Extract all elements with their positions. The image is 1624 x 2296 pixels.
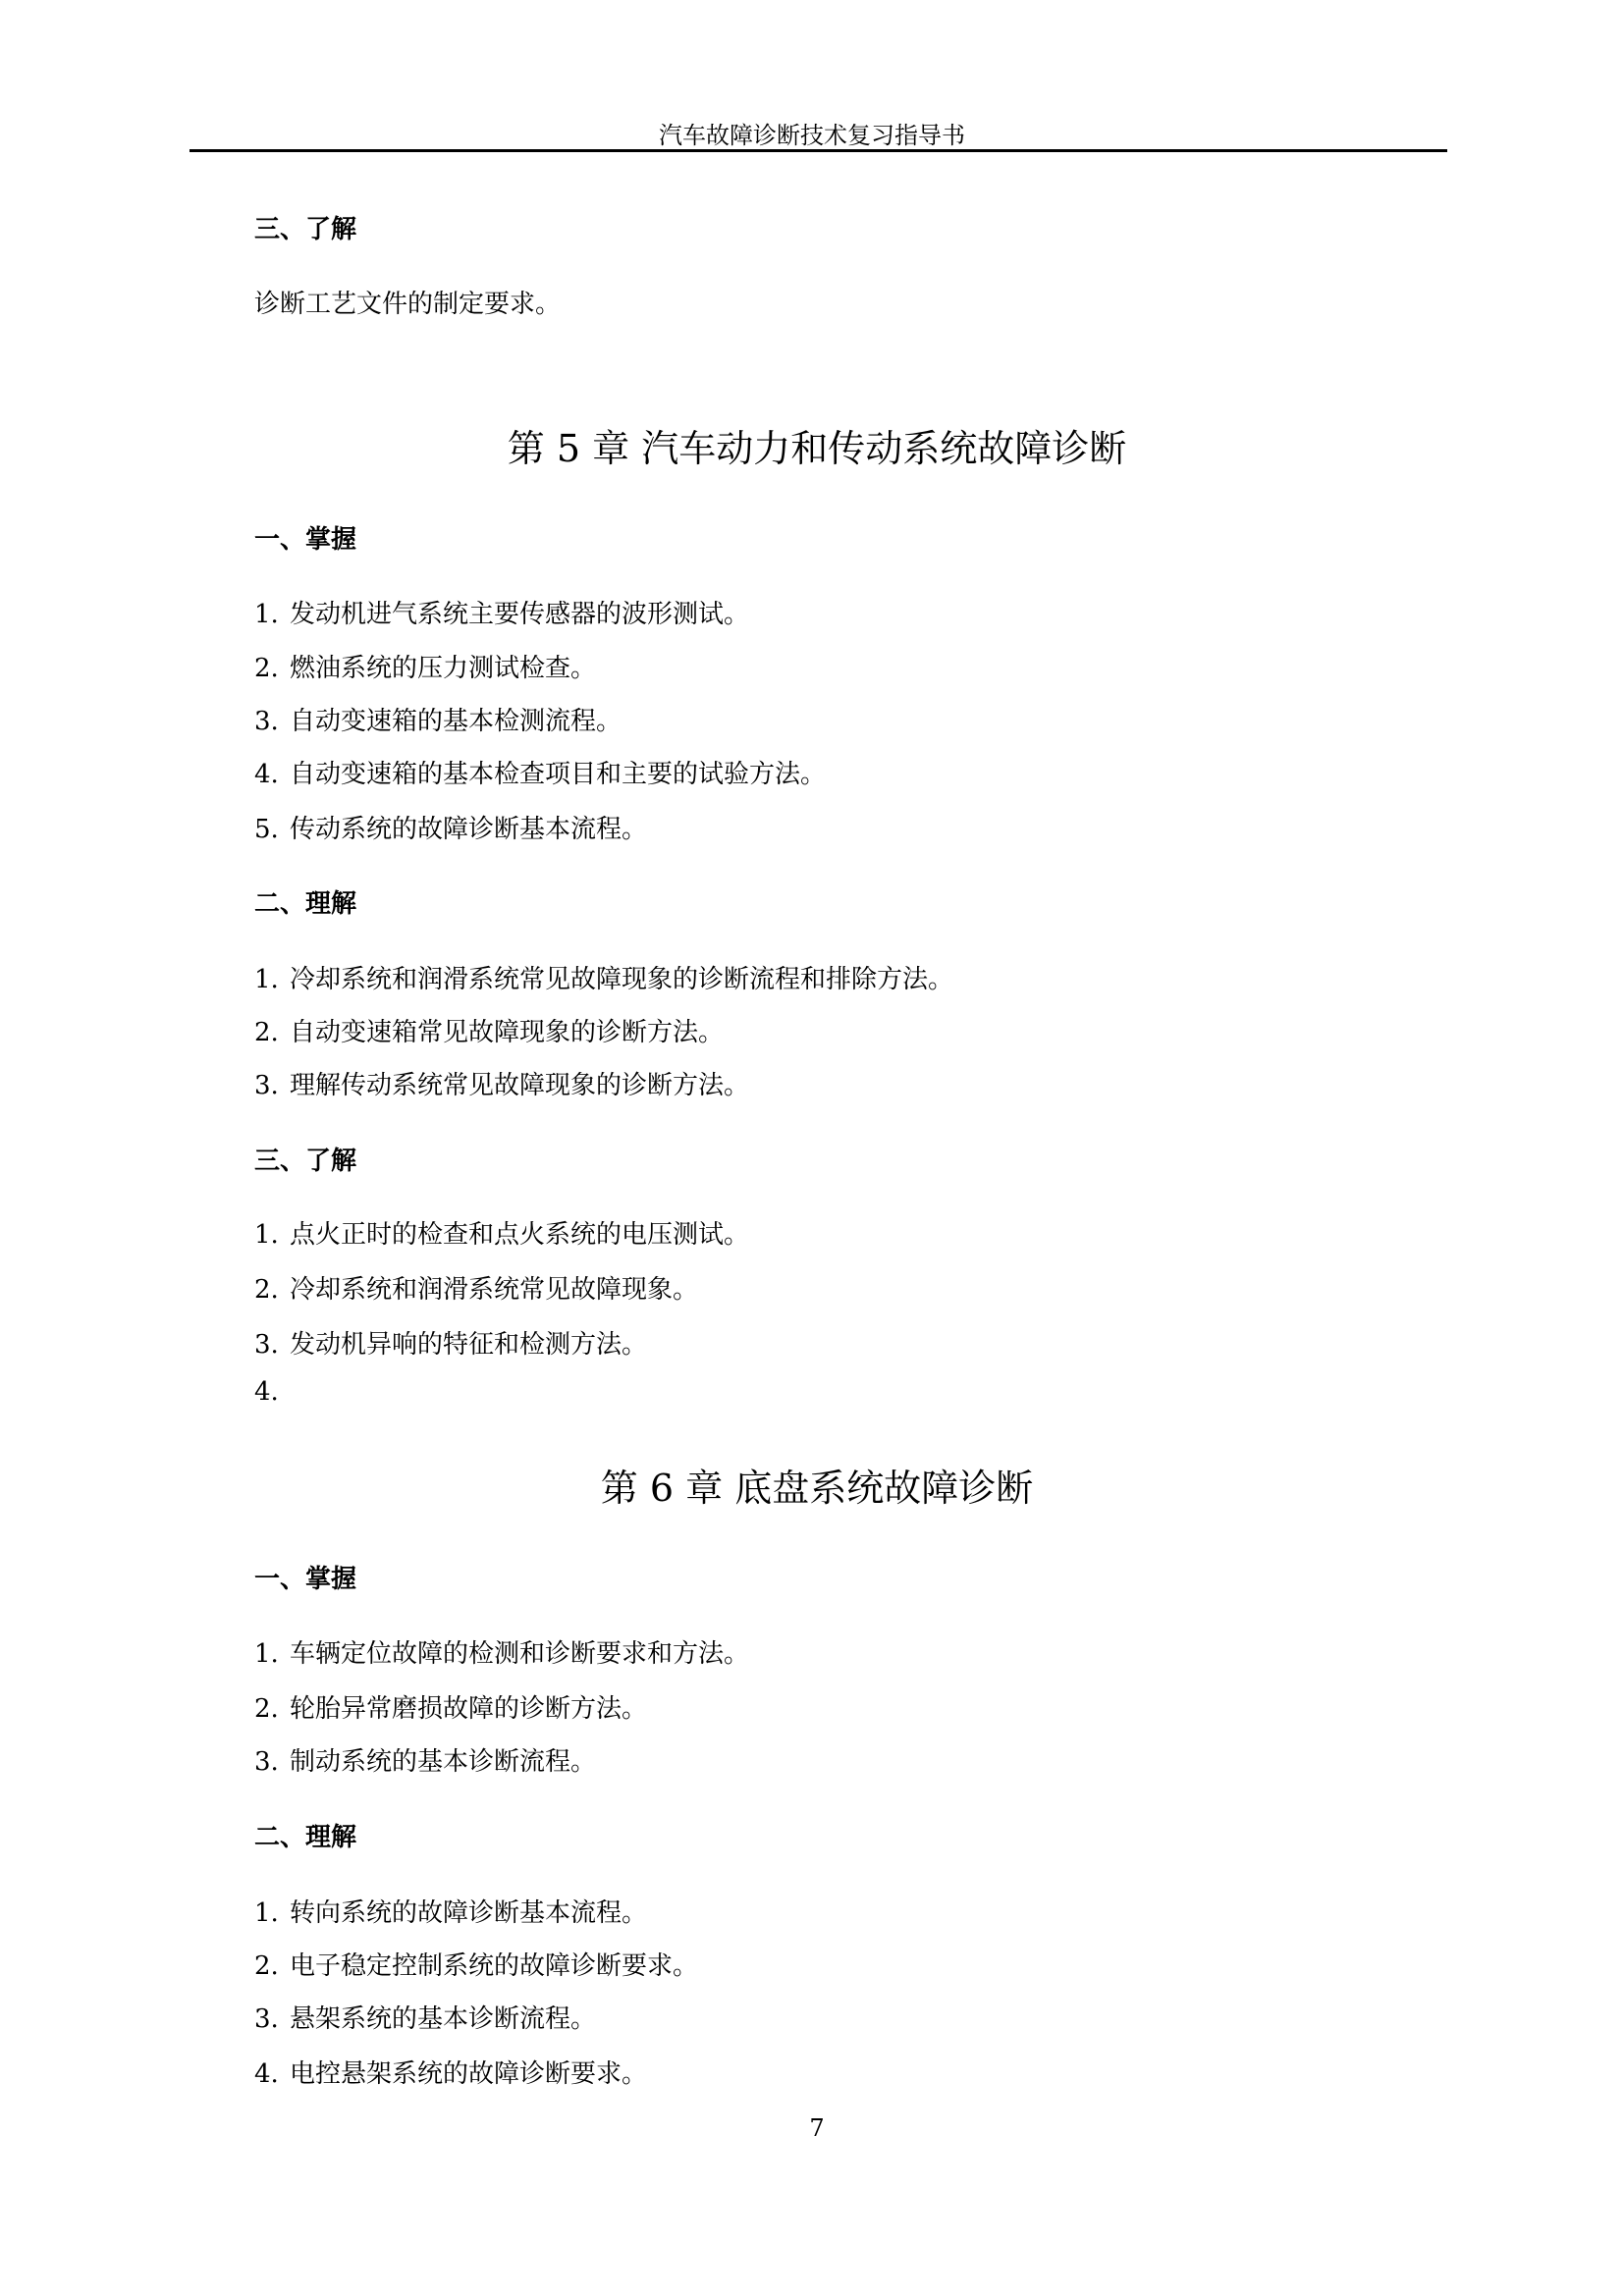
section-heading-master: 一、掌握 [254, 1559, 356, 1595]
chapter-5-title: 第 5 章 汽车动力和传动系统故障诊断 [0, 418, 1624, 472]
section-heading-understand: 二、理解 [254, 1817, 356, 1853]
running-head: 汽车故障诊断技术复习指导书 [0, 116, 1624, 150]
list-item: 2.燃油系统的压力测试检查。 [254, 648, 596, 684]
list-item: 2.电子稳定控制系统的故障诊断要求。 [254, 1946, 698, 1982]
page-number: 7 [0, 2114, 1624, 2142]
list-item: 4.电控悬架系统的故障诊断要求。 [254, 2054, 647, 2090]
list-item: 1.点火正时的检查和点火系统的电压测试。 [254, 1214, 749, 1251]
list-item: 5.传动系统的故障诊断基本流程。 [254, 809, 647, 845]
list-item: 2.自动变速箱常见故障现象的诊断方法。 [254, 1012, 724, 1048]
section-heading-understand: 二、理解 [254, 883, 356, 920]
chapter-6-title: 第 6 章 底盘系统故障诊断 [0, 1458, 1624, 1512]
list-item: 3.理解传动系统常见故障现象的诊断方法。 [254, 1065, 749, 1101]
body-text: 诊断工艺文件的制定要求。 [254, 284, 561, 320]
list-item: 1.发动机进气系统主要传感器的波形测试。 [254, 594, 749, 630]
list-item: 4. [254, 1377, 290, 1407]
section-heading-master: 一、掌握 [254, 519, 356, 556]
list-item: 3.制动系统的基本诊断流程。 [254, 1741, 596, 1778]
list-item: 1.冷却系统和润滑系统常见故障现象的诊断流程和排除方法。 [254, 959, 953, 995]
section-heading-know: 三、了解 [254, 209, 356, 245]
list-item: 4.自动变速箱的基本检查项目和主要的试验方法。 [254, 754, 826, 790]
list-item: 3.自动变速箱的基本检测流程。 [254, 701, 622, 737]
header-rule [189, 149, 1447, 152]
list-item: 3.悬架系统的基本诊断流程。 [254, 1999, 596, 2035]
list-item: 1.车辆定位故障的检测和诊断要求和方法。 [254, 1633, 749, 1670]
list-item: 3.发动机异响的特征和检测方法。 [254, 1324, 647, 1361]
section-heading-know: 三、了解 [254, 1141, 356, 1177]
list-item: 2.轮胎异常磨损故障的诊断方法。 [254, 1688, 647, 1725]
list-item: 1.转向系统的故障诊断基本流程。 [254, 1893, 647, 1929]
list-item: 2.冷却系统和润滑系统常见故障现象。 [254, 1269, 698, 1306]
